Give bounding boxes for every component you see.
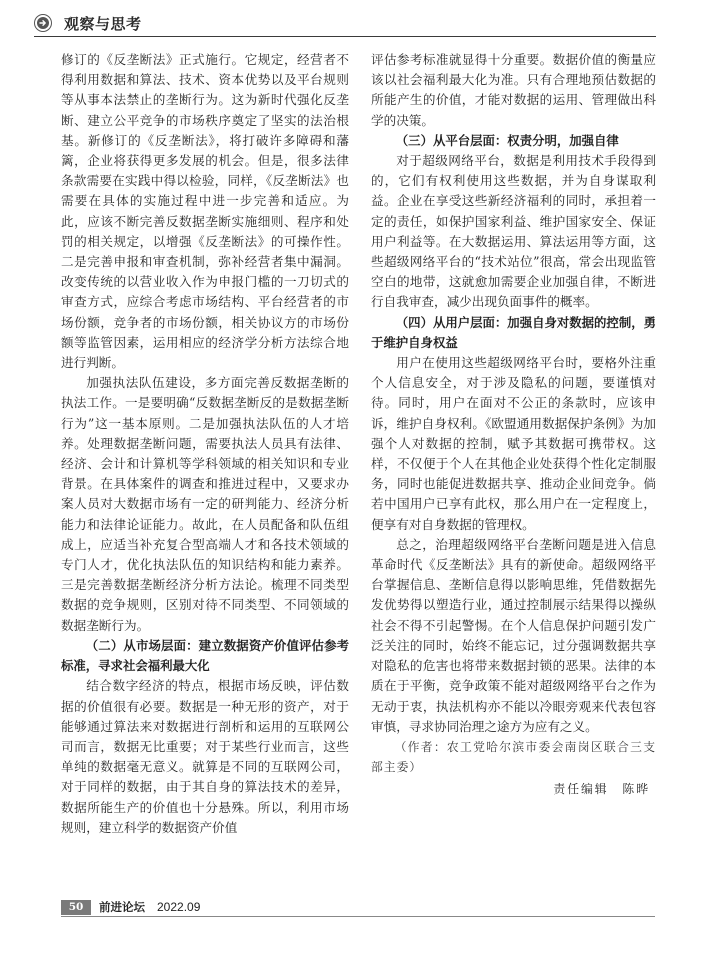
paragraph: 总之，治理超级网络平台垄断问题是进入信息革命时代《反垄断法》具有的新使命。超级网… bbox=[371, 535, 656, 737]
subsection-heading: （二）从市场层面：建立数据资产价值评估参考标准，寻求社会福利最大化 bbox=[61, 636, 349, 676]
issue-number: 2022.09 bbox=[157, 900, 200, 915]
responsible-editor: 责任编辑 陈晔 bbox=[371, 779, 656, 799]
journal-name: 前进论坛 bbox=[99, 900, 145, 915]
page-header: 观察与思考 bbox=[34, 12, 656, 37]
arrow-right-icon bbox=[39, 19, 47, 27]
section-title: 观察与思考 bbox=[64, 13, 142, 34]
page-number: 50 bbox=[61, 900, 91, 915]
paragraph: 对于超级网络平台，数据是利用技术手段得到的，它们有权利使用这些数据，并为自身谋取… bbox=[371, 151, 656, 313]
page-footer: 50 前进论坛 2022.09 bbox=[61, 900, 655, 917]
author-byline: （作者：农工党哈尔滨市委会南岗区联合三支部主委） bbox=[371, 737, 656, 777]
arrow-circle-icon bbox=[34, 14, 52, 32]
subsection-heading: （三）从平台层面：权责分明，加强自律 bbox=[371, 131, 656, 151]
paragraph: 加强执法队伍建设，多方面完善反数据垄断的执法工作。一是要明确“反数据垄断反的是数… bbox=[61, 373, 349, 636]
paragraph: 用户在使用这些超级网络平台时，要格外注重个人信息安全，对于涉及隐私的问题，要谨慎… bbox=[371, 353, 656, 535]
subsection-heading: （四）从用户层面：加强自身对数据的控制，勇于维护自身权益 bbox=[371, 313, 656, 353]
paragraph: 修订的《反垄断法》正式施行。它规定，经营者不得利用数据和算法、技术、资本优势以及… bbox=[61, 50, 349, 373]
paragraph: 结合数字经济的特点，根据市场反映，评估数据的价值很有必要。数据是一种无形的资产，… bbox=[61, 676, 349, 838]
left-column: 修订的《反垄断法》正式施行。它规定，经营者不得利用数据和算法、技术、资本优势以及… bbox=[61, 50, 349, 838]
right-column: 评估参考标准就显得十分重要。数据价值的衡量应该以社会福利最大化为准。只有合理地预… bbox=[371, 50, 656, 800]
paragraph: 评估参考标准就显得十分重要。数据价值的衡量应该以社会福利最大化为准。只有合理地预… bbox=[371, 50, 656, 131]
